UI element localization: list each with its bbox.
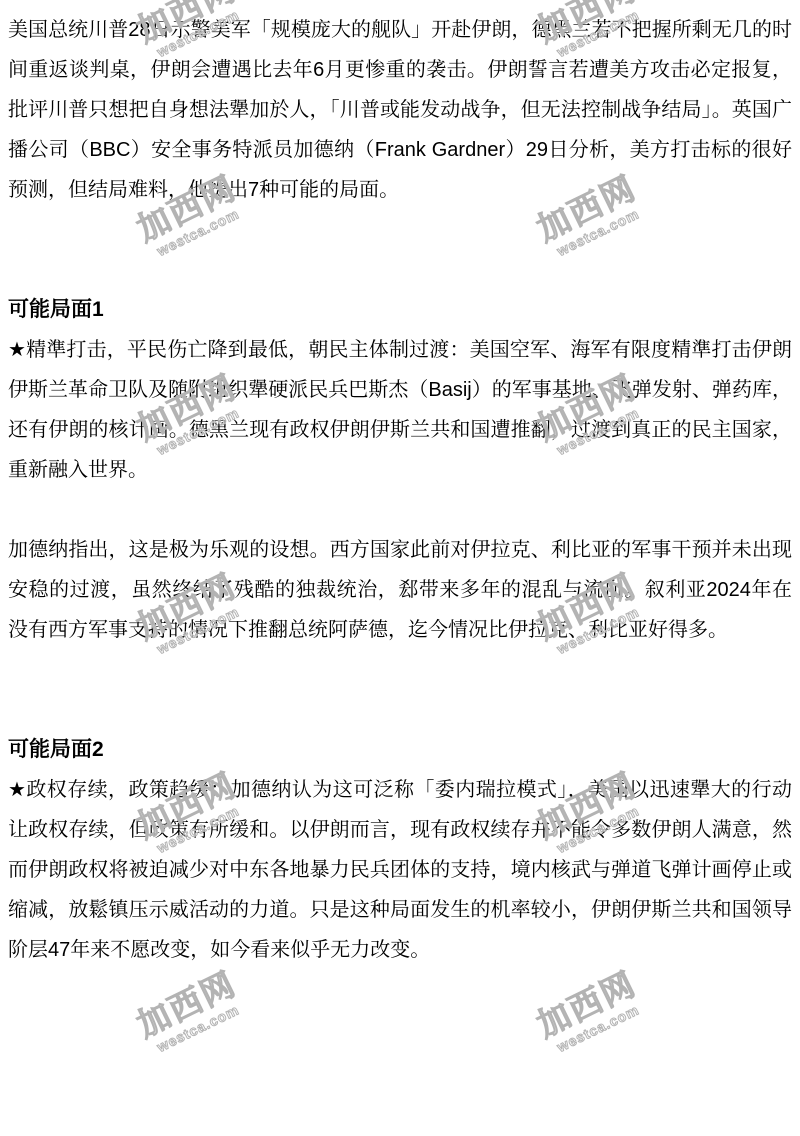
watermark-site-url: westca.com xyxy=(532,991,665,1066)
watermark: 加西网westca.com xyxy=(515,957,664,1066)
article-body: 美国总统川普28日示警美军「规模庞大的舰队」开赴伊朗，德黑兰若不把握所剩无几的时… xyxy=(8,0,792,970)
watermark-site-name: 加西网 xyxy=(115,957,257,1052)
intro-paragraph: 美国总统川普28日示警美军「规模庞大的舰队」开赴伊朗，德黑兰若不把握所剩无几的时… xyxy=(8,10,792,210)
section-1-heading: 可能局面1 xyxy=(8,290,792,330)
section-1-paragraph-1: ★精準打击，平民伤亡降到最低，朝民主体制过渡：美国空军、海军有限度精準打击伊朗伊… xyxy=(8,330,792,490)
watermark-site-url: westca.com xyxy=(132,991,265,1066)
watermark-site-name: 加西网 xyxy=(515,957,657,1052)
section-2-paragraph-1: ★政权存续，政策趋缓：加德纳认为这可泛称「委内瑞拉模式」，美国以迅速犟大的行动让… xyxy=(8,770,792,970)
watermark: 加西网westca.com xyxy=(115,957,264,1066)
article-page: 美国总统川普28日示警美军「规模庞大的舰队」开赴伊朗，德黑兰若不把握所剩无几的时… xyxy=(0,0,800,1136)
section-1-paragraph-2: 加德纳指出，这是极为乐观的设想。西方国家此前对伊拉克、利比亚的军事干预并未出现安… xyxy=(8,530,792,650)
section-2-heading: 可能局面2 xyxy=(8,730,792,770)
